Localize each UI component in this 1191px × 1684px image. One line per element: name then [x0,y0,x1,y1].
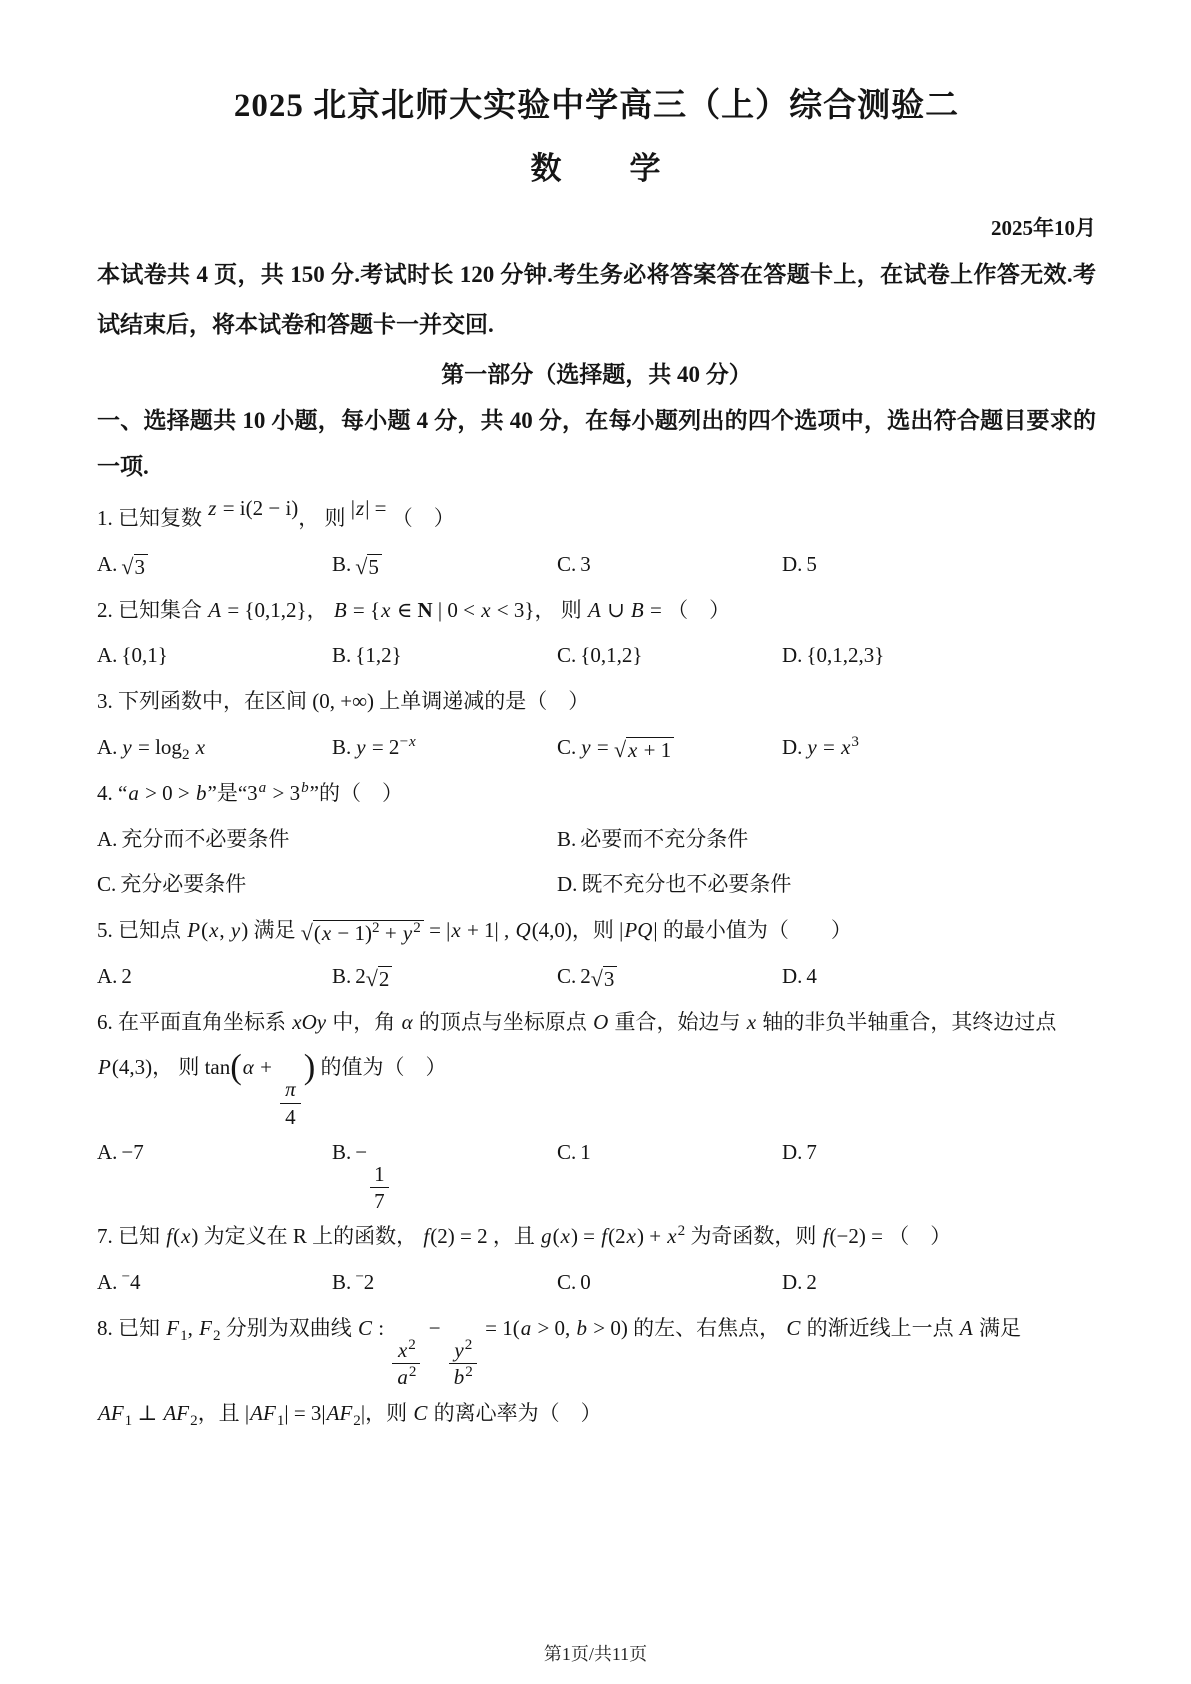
option-body: −17 [355,1140,391,1164]
question-stem: 3. 下列函数中，在区间 (0, +∞) 上单调递减的是（ ） [97,679,1096,725]
option-label: D. [782,1140,806,1164]
option-body: √3 [121,552,148,576]
option-B: B.y = 2−x [332,725,557,771]
question-options: A.−7B.−17C.1D.7 [97,1130,1096,1215]
option-label: C. [97,872,120,896]
option-body: y = 2−x [355,735,416,759]
option-label: A. [97,643,121,667]
question-options: C.充分必要条件D.既不充分也不必要条件 [97,862,1096,908]
option-C: C.1 [557,1130,782,1215]
option-A: A.−7 [97,1130,332,1215]
exam-subject: 数 学 [97,143,1096,188]
option-body: y = x3 [806,735,859,759]
option-label: B. [557,827,580,851]
option-B: B.−17 [332,1130,557,1215]
option-body: y = log2 x [121,735,206,759]
question-stem: AF1 ⊥ AF2，且 |AF1| = 3|AF2|，则 C 的离心率为（ ） [97,1391,1096,1437]
option-body: 2 [121,964,132,988]
option-body: 充分而不必要条件 [121,827,289,851]
question-8: 8. 已知 F1, F2 分别为双曲线 C : x2a2 − y2b2 = 1(… [97,1306,1096,1436]
option-D: D.5 [782,542,1096,588]
question-7: 7. 已知 f(x) 为定义在 R 上的函数， f(2) = 2 ，且 g(x)… [97,1214,1096,1306]
option-label: D. [557,872,581,896]
option-body: √5 [355,552,382,576]
option-A: A.{0,1} [97,633,332,679]
option-body: −4 [121,1270,140,1294]
page-footer: 第1页/共11页 [0,1640,1191,1666]
option-label: A. [97,964,121,988]
exam-page: 2025 北京北师大实验中学高三（上）综合测验二 数 学 2025年10月 本试… [0,0,1191,1684]
option-body: −7 [121,1140,143,1164]
section-title: 第一部分（选择题，共 40 分） [97,353,1096,397]
option-body: −2 [355,1270,374,1294]
option-B: B.{1,2} [332,633,557,679]
option-label: D. [782,735,806,759]
question-options: A.y = log2 xB.y = 2−xC.y = √x + 1D.y = x… [97,725,1096,771]
exam-date: 2025年10月 [97,212,1096,242]
option-body: 充分必要条件 [120,872,246,896]
option-label: C. [557,1270,580,1294]
question-options: A.充分而不必要条件B.必要而不充分条件 [97,817,1096,863]
option-body: {0,1,2} [580,643,642,667]
question-1: 1. 已知复数 z = i(2 − i)， 则 |z| = （ ）A.√3B.√… [97,496,1096,588]
option-label: A. [97,735,121,759]
option-A: A.y = log2 x [97,725,332,771]
option-body: 7 [806,1140,817,1164]
option-B: B.−2 [332,1260,557,1306]
option-B: B.2√2 [332,954,557,1000]
option-body: y = √x + 1 [580,735,674,759]
question-options: A.{0,1}B.{1,2}C.{0,1,2}D.{0,1,2,3} [97,633,1096,679]
question-5: 5. 已知点 P(x, y) 满足 √(x − 1)2 + y2 = |x + … [97,908,1096,1000]
option-body: 5 [806,552,817,576]
option-label: D. [782,552,806,576]
option-label: B. [332,964,355,988]
option-D: D.{0,1,2,3} [782,633,1096,679]
questions-list: 1. 已知复数 z = i(2 − i)， 则 |z| = （ ）A.√3B.√… [97,496,1096,1436]
option-label: D. [782,964,806,988]
option-label: A. [97,1270,121,1294]
option-label: C. [557,1140,580,1164]
option-C: C.y = √x + 1 [557,725,782,771]
option-label: D. [782,1270,806,1294]
option-D: D.y = x3 [782,725,1096,771]
option-A: A.充分而不必要条件 [97,817,557,863]
option-body: {0,1} [121,643,167,667]
option-body: {1,2} [355,643,401,667]
option-label: C. [557,735,580,759]
option-label: C. [557,643,580,667]
option-B: B.√5 [332,542,557,588]
option-A: A.√3 [97,542,332,588]
exam-notice: 本试卷共 4 页，共 150 分.考试时长 120 分钟.考生务必将答案答在答题… [97,250,1096,350]
option-label: C. [557,552,580,576]
option-D: D.7 [782,1130,1096,1215]
option-label: B. [332,643,355,667]
option-label: C. [557,964,580,988]
question-stem: 1. 已知复数 z = i(2 − i)， 则 |z| = （ ） [97,496,1096,542]
option-B: B.必要而不充分条件 [557,817,1096,863]
option-body: 2√3 [580,964,617,988]
question-3: 3. 下列函数中，在区间 (0, +∞) 上单调递减的是（ ）A.y = log… [97,679,1096,771]
option-body: 2√2 [355,964,392,988]
question-stem: P(4,3)， 则 tan(α + π4) 的值为（ ） [97,1045,1096,1130]
option-body: 3 [580,552,591,576]
option-D: D.既不充分也不必要条件 [557,862,1096,908]
option-label: A. [97,827,121,851]
option-D: D.4 [782,954,1096,1000]
option-A: A.−4 [97,1260,332,1306]
option-body: 0 [580,1270,591,1294]
question-stem: 4. “a > 0 > b”是“3a > 3b”的（ ） [97,771,1096,817]
option-C: C.3 [557,542,782,588]
option-label: B. [332,552,355,576]
question-stem: 2. 已知集合 A = {0,1,2}， B = {x ∈ N | 0 < x … [97,588,1096,634]
option-label: B. [332,1270,355,1294]
question-6: 6. 在平面直角坐标系 xOy 中，角 α 的顶点与坐标原点 O 重合，始边与 … [97,1000,1096,1215]
question-stem: 6. 在平面直角坐标系 xOy 中，角 α 的顶点与坐标原点 O 重合，始边与 … [97,1000,1096,1046]
question-options: A.2B.2√2C.2√3D.4 [97,954,1096,1000]
option-body: 2 [806,1270,817,1294]
section-intro: 一、选择题共 10 小题，每小题 4 分，共 40 分，在每小题列出的四个选项中… [97,398,1096,490]
option-D: D.2 [782,1260,1096,1306]
question-4: 4. “a > 0 > b”是“3a > 3b”的（ ）A.充分而不必要条件B.… [97,771,1096,908]
question-2: 2. 已知集合 A = {0,1,2}， B = {x ∈ N | 0 < x … [97,588,1096,680]
question-stem: 7. 已知 f(x) 为定义在 R 上的函数， f(2) = 2 ，且 g(x)… [97,1214,1096,1260]
option-body: 4 [806,964,817,988]
option-C: C.2√3 [557,954,782,1000]
option-label: A. [97,1140,121,1164]
option-A: A.2 [97,954,332,1000]
option-C: C.0 [557,1260,782,1306]
question-options: A.√3B.√5C.3D.5 [97,542,1096,588]
option-label: D. [782,643,806,667]
option-body: {0,1,2,3} [806,643,884,667]
option-body: 1 [580,1140,591,1164]
question-stem: 8. 已知 F1, F2 分别为双曲线 C : x2a2 − y2b2 = 1(… [97,1306,1096,1391]
question-stem: 5. 已知点 P(x, y) 满足 √(x − 1)2 + y2 = |x + … [97,908,1096,954]
option-C: C.{0,1,2} [557,633,782,679]
option-label: A. [97,552,121,576]
page-title: 2025 北京北师大实验中学高三（上）综合测验二 [97,86,1096,127]
question-options: A.−4B.−2C.0D.2 [97,1260,1096,1306]
option-label: B. [332,735,355,759]
option-C: C.充分必要条件 [97,862,557,908]
option-body: 必要而不充分条件 [580,827,748,851]
option-label: B. [332,1140,355,1164]
option-body: 既不充分也不必要条件 [581,872,791,896]
